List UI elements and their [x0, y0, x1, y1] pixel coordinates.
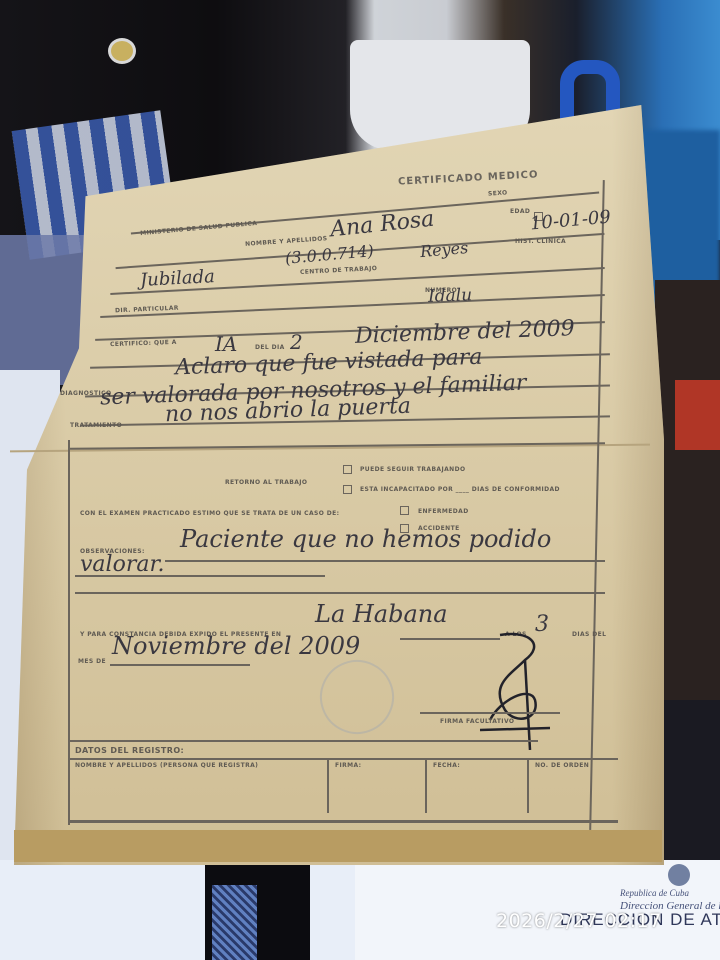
issuance-place: La Habana — [315, 600, 448, 628]
card-text-republic: Republica de Cuba — [620, 888, 689, 898]
registry-col-signature: FIRMA: — [335, 762, 361, 769]
red-object — [675, 380, 720, 450]
issuance-month-year: Noviembre del 2009 — [112, 632, 360, 660]
exam-label: CON EL EXAMEN PRACTICADO ESTIMO QUE SE T… — [80, 510, 339, 517]
registry-col-name: NOMBRE Y APELLIDOS (Persona que Registra… — [75, 762, 258, 769]
treatment-label: Tratamiento — [70, 422, 122, 429]
work-center: Jubilada — [140, 266, 216, 291]
woven-fabric — [212, 885, 257, 960]
registry-title: DATOS DEL REGISTRO: — [75, 746, 184, 755]
sex-label: Sexo — [488, 189, 508, 197]
option-can-work: PUEDE SEGUIR TRABAJANDO — [360, 466, 465, 473]
paper-bottom-edge — [14, 830, 662, 862]
checkbox-incapacitated — [343, 485, 352, 494]
checkbox-can-work — [343, 465, 352, 474]
option-incapacitated: ESTA INCAPACITADO POR ____ DIAS DE CONFO… — [360, 486, 560, 493]
address-number: Idalu — [428, 285, 473, 307]
registry-col-order: No. DE ORDEN — [535, 762, 589, 769]
background-box-right — [655, 280, 720, 700]
clinic-label: Hist. Clinica — [515, 238, 566, 245]
physician-signature — [470, 630, 560, 750]
days-of-label: dias del — [572, 631, 606, 638]
month-label: mes de — [78, 658, 106, 665]
observations-line-2: valorar. — [80, 552, 165, 577]
plush-toy-eye — [108, 38, 136, 64]
checkbox-illness — [400, 506, 409, 515]
registry-col-date: FECHA: — [433, 762, 460, 769]
observations-line-1: Paciente que no hemos podido — [180, 525, 551, 553]
return-to-work-label: RETORNO AL TRABAJO — [225, 479, 307, 486]
option-illness: ENFERMEDAD — [418, 508, 469, 515]
coat-of-arms-icon — [668, 864, 690, 886]
signature-label: FIRMA FACULTATIVO — [440, 718, 514, 725]
age-label: Edad — [510, 208, 530, 215]
date-of-day-label: del dia — [255, 344, 285, 351]
photo-timestamp: 2026/2/27 02:17 — [496, 910, 662, 932]
